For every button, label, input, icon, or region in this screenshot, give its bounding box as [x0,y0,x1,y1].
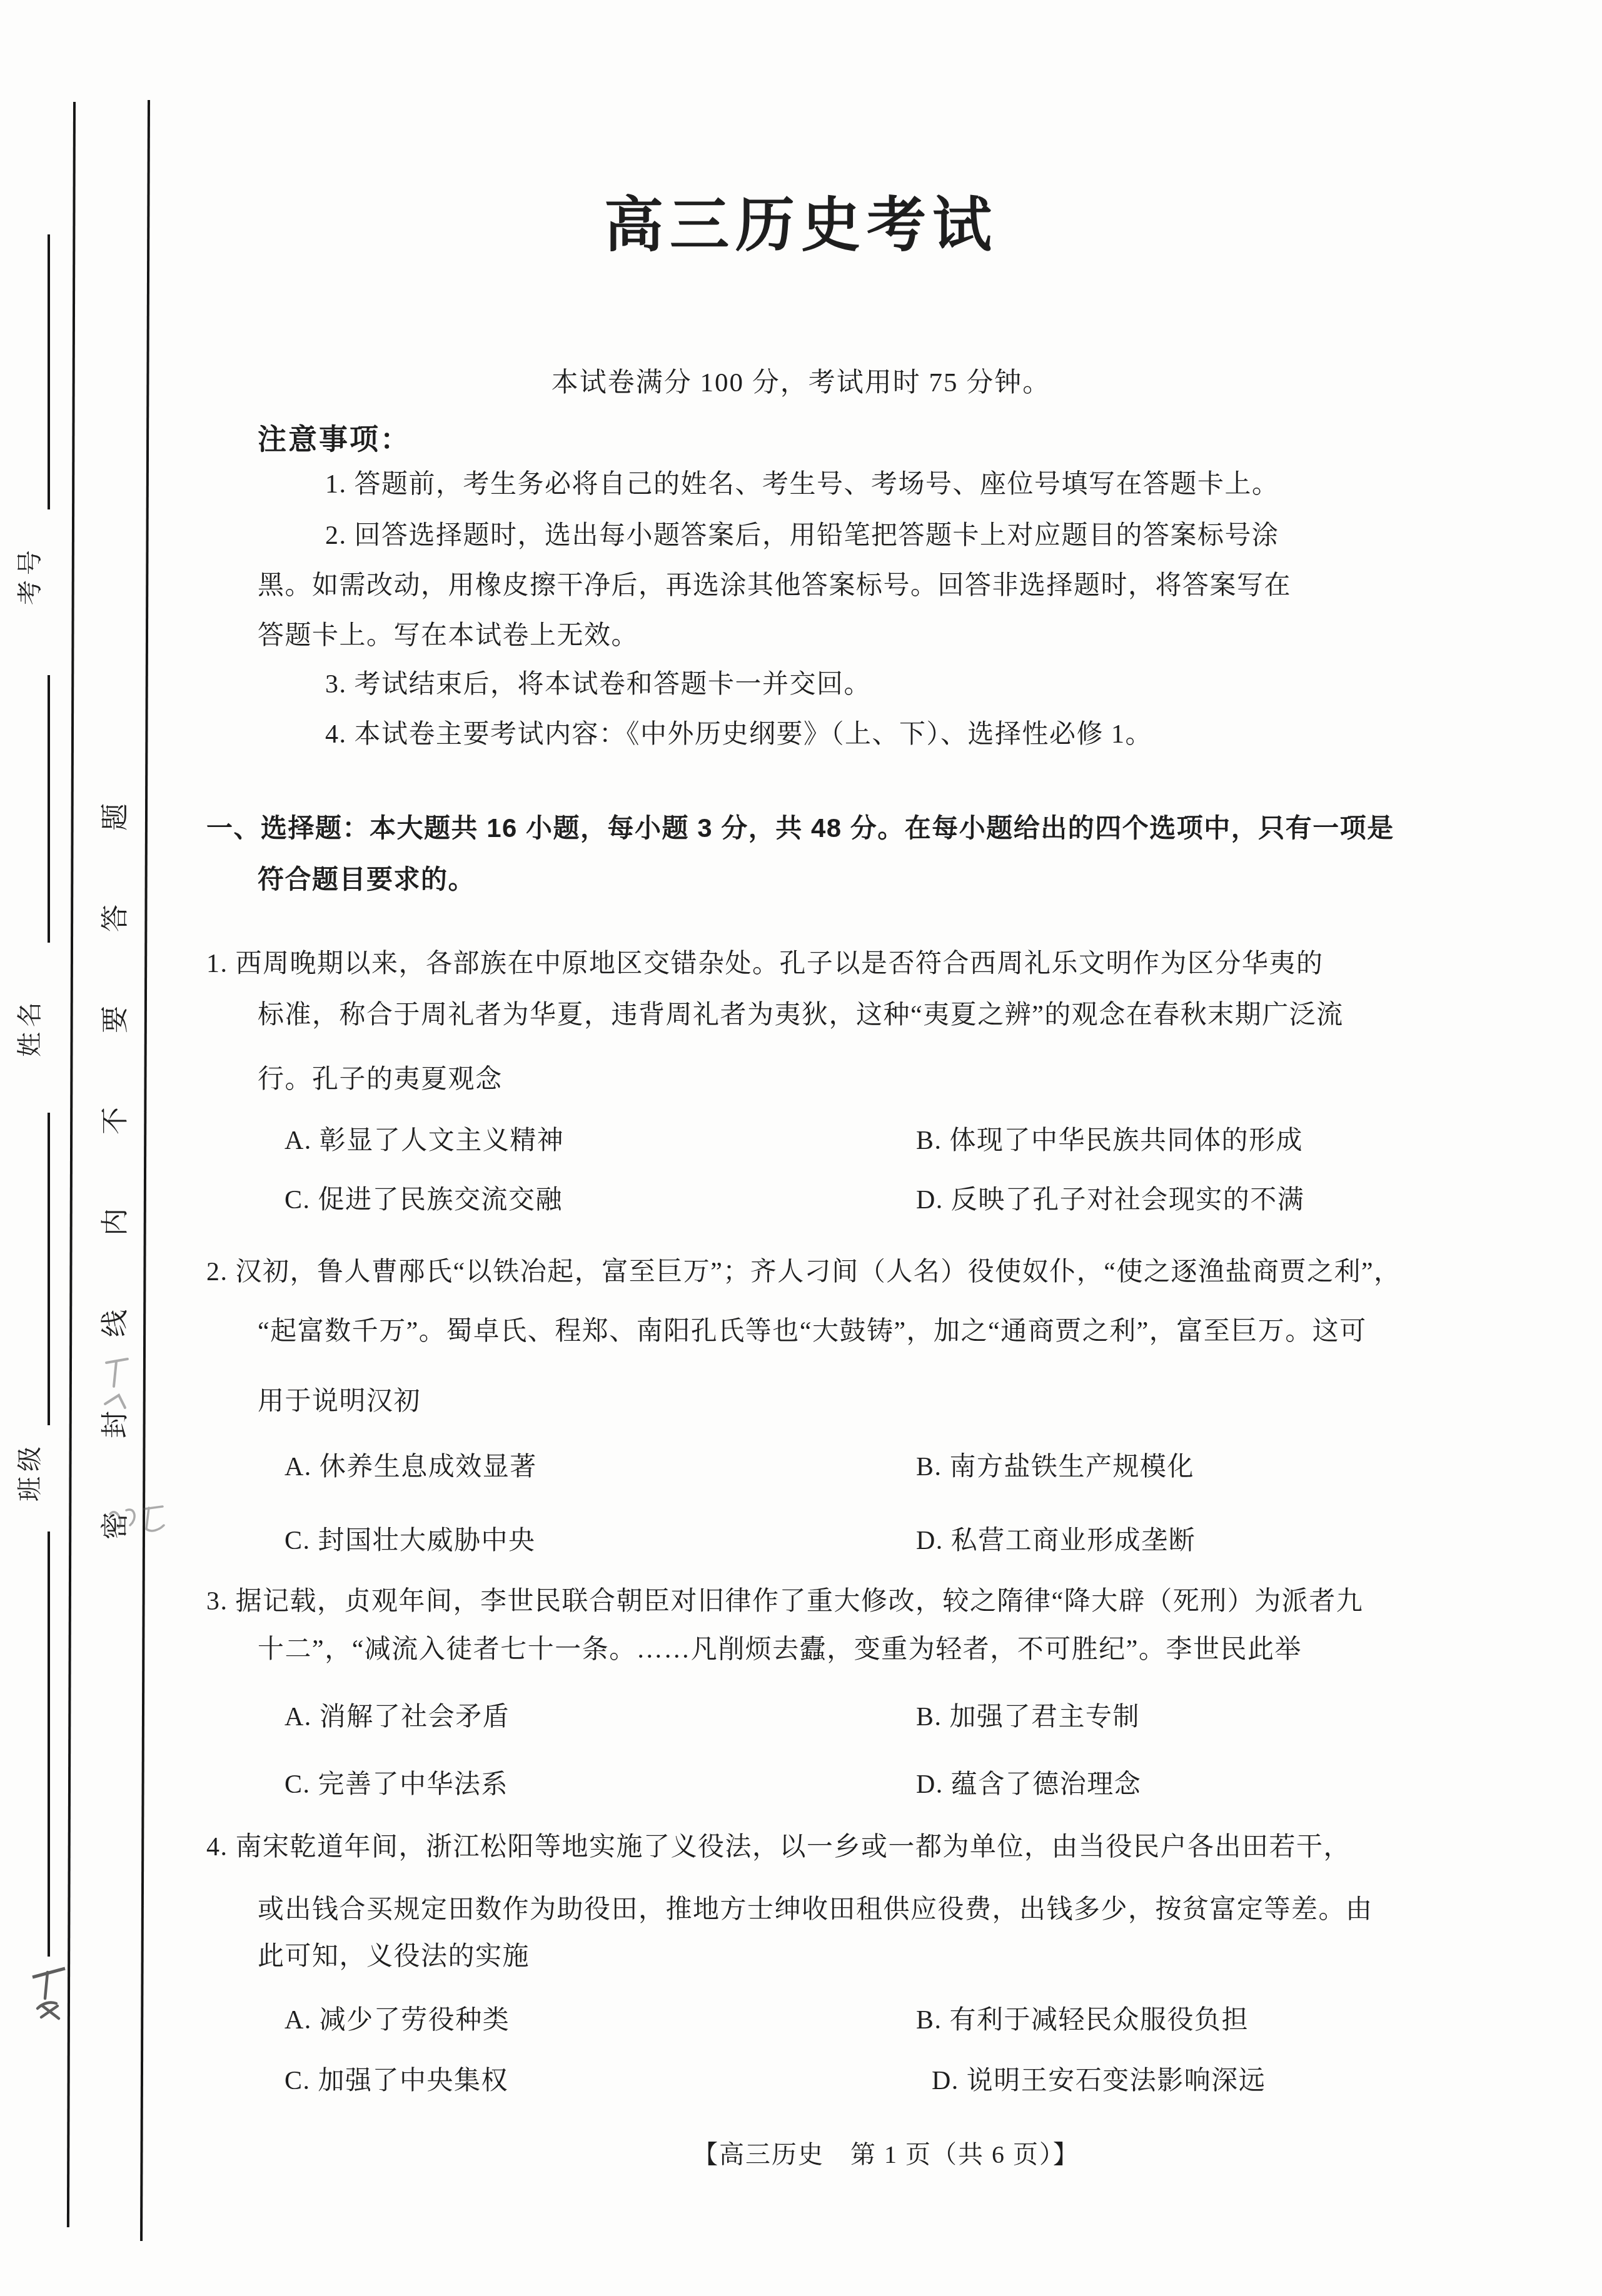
notice-2-line-1: 2. 回答选择题时，选出每小题答案后，用铅笔把答题卡上对应题目的答案标号涂 [325,519,1279,553]
handwritten-smudge [100,1350,138,1425]
question-2-line-3: 用于说明汉初 [258,1385,421,1418]
question-4-line-2: 或出钱合买规定田数作为助役田，推地方士绅收田租供应役费，出钱多少，按贫富定等差。… [258,1893,1373,1927]
handwritten-mark [29,1960,69,2032]
question-4-line-3: 此可知，义役法的实施 [258,1940,530,1973]
question-4-line-1: 4. 南宋乾道年间，浙江松阳等地实施了义役法，以一乡或一都为单位，由当役民户各出… [206,1830,1351,1864]
page-footer: 【高三历史 第 1 页（共 6 页）】 [693,2135,1079,2170]
question-4-option-b: B. 有利于减轻民众服役负担 [916,2003,1249,2037]
notice-1: 1. 答题前，考生务必将自己的姓名、考生号、考场号、座位号填写在答题卡上。 [325,468,1279,501]
notice-4: 4. 本试卷主要考试内容：《中外历史纲要》（上、下）、选择性必修 1。 [325,718,1152,751]
question-1-option-c: C. 促进了民族交流交融 [285,1183,563,1217]
question-2-option-d: D. 私营工商业形成垄断 [916,1524,1196,1558]
question-1-line-3: 行。孔子的夷夏观念 [258,1063,503,1096]
question-1-option-a: A. 彰显了人文主义精神 [285,1124,564,1158]
seal-rule-inner [67,102,76,2227]
handwritten-scribble [105,1500,174,1538]
question-1-line-1: 1. 西周晚期以来，各部族在中原地区交错杂处。孔子以是否符合西周礼乐文明作为区分… [206,947,1324,981]
banji-field-label: 班级 [10,1441,46,1501]
notice-3: 3. 考试结束后，将本试卷和答题卡一并交回。 [325,668,871,701]
question-3-line-1: 3. 据记载，贞观年间，李世民联合朝臣对旧律作了重大修改，较之隋律“降大辟（死刑… [206,1585,1363,1618]
question-3-option-a: A. 消解了社会矛盾 [285,1700,510,1734]
exam-paper-page: { "colors": { "paper": "#fdfdfc", "ink":… [0,0,1602,2296]
question-1-option-d: D. 反映了孔子对社会现实的不满 [916,1183,1304,1217]
question-2-option-c: C. 封国壮大威胁中央 [285,1524,536,1558]
question-3-option-c: C. 完善了中华法系 [285,1768,508,1802]
section-heading-line-2: 符合题目要求的。 [258,863,475,896]
page-subtitle: 本试卷满分 100 分，考试用时 75 分钟。 [0,361,1602,399]
question-4-option-c: C. 加强了中央集权 [285,2064,508,2098]
notice-2-line-2: 黑。如需改动，用橡皮擦干净后，再选涂其他答案标号。回答非选择题时，将答案写在 [258,569,1291,603]
question-4-option-d: D. 说明王安石变法影响深远 [932,2064,1266,2098]
seal-rule-outer [140,100,150,2241]
kaohao-field-label: 考号 [10,545,46,605]
page-title: 高三历史考试 [0,178,1602,263]
xingming-blank-line-bottom [48,1113,50,1425]
question-2-line-1: 2. 汉初，鲁人曹邴氏“以铁冶起，富至巨万”；齐人刁间（人名）役使奴仆，“使之逐… [206,1255,1401,1289]
question-2-line-2: “起富数千万”。蜀卓氏、程郑、南阳孔氏等也“大鼓铸”，加之“通商贾之利”，富至巨… [258,1315,1367,1348]
question-2-option-b: B. 南方盐铁生产规模化 [916,1450,1194,1484]
section-heading-line-1: 一、选择题：本大题共 16 小题，每小题 3 分，共 48 分。在每小题给出的四… [206,811,1394,845]
notices-heading: 注意事项： [258,416,411,458]
banji-blank-line [48,1532,50,1957]
question-1-line-2: 标准，称合于周礼者为华夏，违背周礼者为夷狄，这种“夷夏之辨”的观念在春秋末期广泛… [258,998,1344,1032]
xingming-field-label: 姓名 [10,997,46,1057]
xingming-blank-line-top [48,675,50,943]
question-3-option-d: D. 蕴含了德治理念 [916,1768,1141,1802]
question-2-option-a: A. 休养生息成效显著 [285,1450,537,1484]
notice-2-line-3: 答题卡上。写在本试卷上无效。 [258,619,638,653]
question-4-option-a: A. 减少了劳役种类 [285,2003,510,2037]
question-3-line-2: 十二”，“减流入徒者七十一条。……凡削烦去蠹，变重为轻者，不可胜纪”。李世民此举 [258,1633,1302,1667]
question-1-option-b: B. 体现了中华民族共同体的形成 [916,1124,1303,1158]
question-3-option-b: B. 加强了君主专制 [916,1700,1140,1734]
